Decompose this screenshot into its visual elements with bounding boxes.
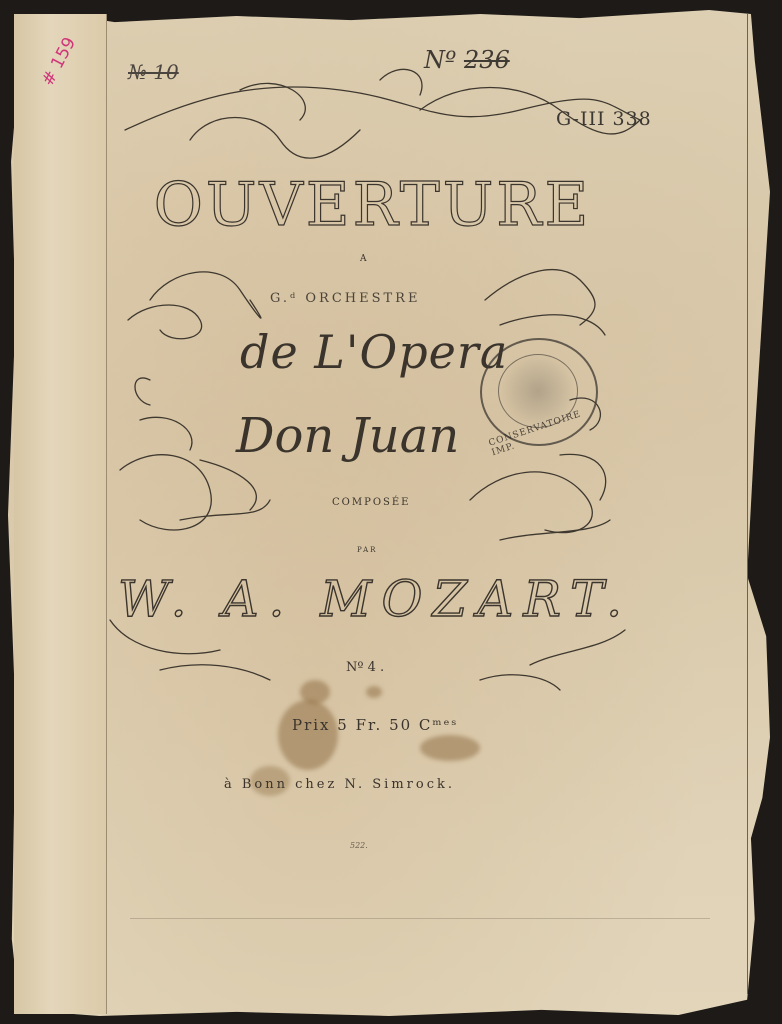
old-catalog-number: Nº 236 [424,46,510,74]
paper-sheet [8,10,770,1020]
stain [420,735,480,761]
struck-pencil-mark: № 10 [128,60,179,84]
stain [278,700,338,770]
orchestra-line: G.ᵈ ORCHESTRE [270,291,420,306]
shelfmark-label: G-III 338 [556,108,652,130]
opera-title: Don Juan [236,408,459,464]
plate-number: 522. [350,841,368,850]
stain [366,686,382,698]
binding-spine [14,14,107,1014]
opus-number: Nº 4 . [346,660,384,675]
fold-crease [130,918,710,919]
composed-line: COMPOSÉE [332,497,410,508]
subtitle-a: A [360,254,367,264]
title-ouverture: OUVERTURE [100,170,645,240]
library-stamp: CONSERVATOIRE IMP. [480,338,598,446]
publisher-line: à Bonn chez N. Simrock. [224,777,455,792]
cover-edge-line [747,14,748,994]
stain [300,680,330,704]
price-line: Prix 5 Fr. 50 Cᵐᵉˢ [292,716,458,734]
by-line: PAR [357,546,377,554]
old-number-struck: 236 [464,46,510,74]
old-number-prefix: Nº [424,46,456,74]
opera-line: de L'Opera [240,325,508,379]
composer-name: W. A. MOZART. [118,570,632,628]
